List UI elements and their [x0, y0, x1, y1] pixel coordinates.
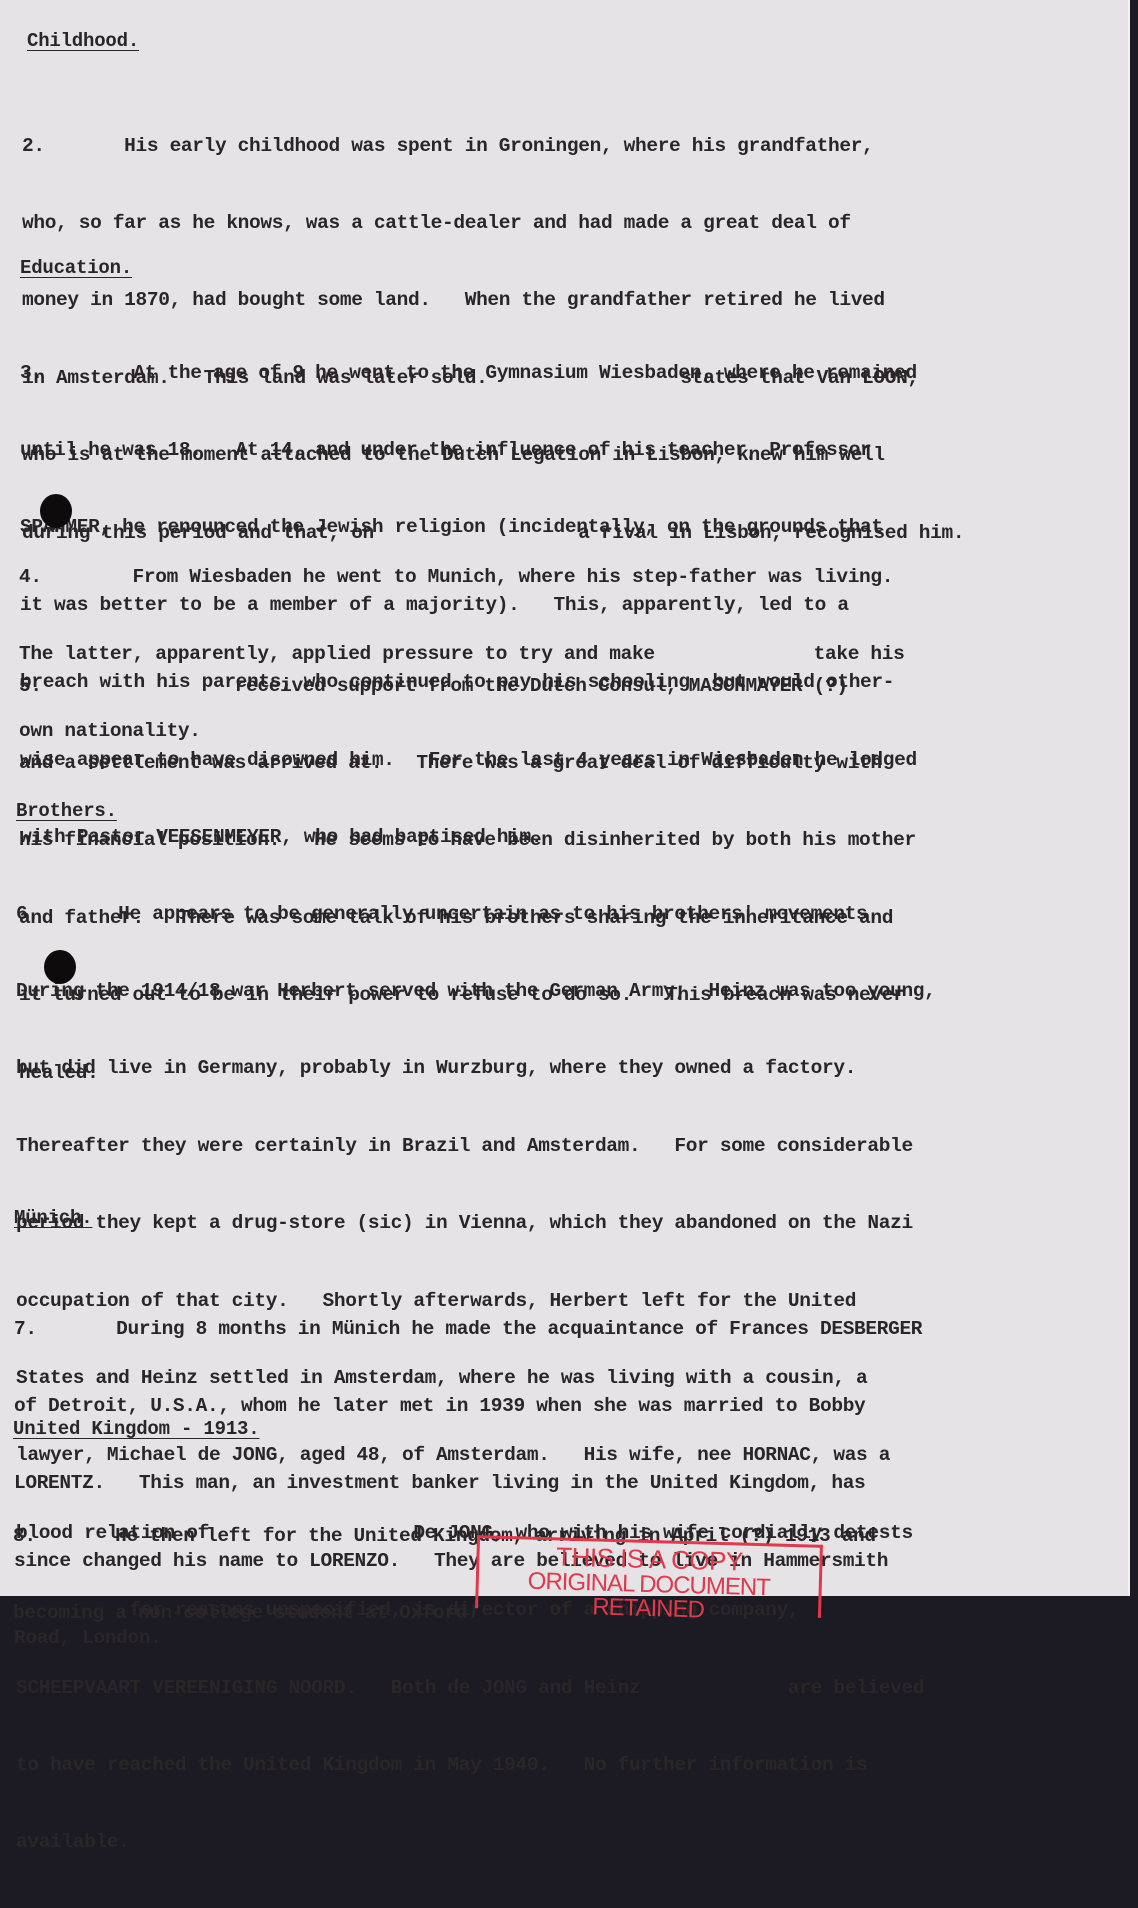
text-line: until he was 18. At 14, and under the in…: [20, 438, 917, 464]
text-line: 6. He appears to be generally uncertain …: [16, 902, 936, 928]
text-line: 2. His early childhood was spent in Gron…: [22, 134, 964, 160]
section-heading-education: Education.: [20, 257, 132, 279]
text-line: period they kept a drug-store (sic) in V…: [16, 1211, 936, 1237]
text-line: 4. From Wiesbaden he went to Munich, whe…: [19, 565, 904, 591]
text-line: Thereafter they were certainly in Brazil…: [16, 1134, 936, 1160]
text-line: 7. During 8 months in Münich he made the…: [14, 1317, 922, 1343]
section-heading-brothers: Brothers.: [16, 800, 117, 822]
text-line: and a settlement was arrived at. There w…: [19, 751, 916, 777]
copy-stamp: THIS IS A COPY ORIGINAL DOCUMENT RETAINE…: [475, 1535, 823, 1596]
text-line: 3. At the age of 9 he went to the Gymnas…: [20, 361, 917, 387]
text-line: During the 1914/18 war Herbert served wi…: [16, 979, 936, 1005]
section-heading-childhood: Childhood.: [27, 30, 139, 52]
text-line: of Detroit, U.S.A., whom he later met in…: [14, 1394, 922, 1420]
text-line: 5. received support from the Dutch Consu…: [19, 674, 916, 700]
section-heading-united-kingdom: United Kingdom - 1913.: [13, 1418, 259, 1440]
document-page: Childhood. 2. His early childhood was sp…: [0, 0, 1130, 1596]
punch-hole-icon: [44, 950, 76, 984]
text-line: who, so far as he knows, was a cattle-de…: [22, 211, 964, 237]
text-line: but did live in Germany, probably in Wur…: [16, 1056, 936, 1082]
section-heading-munich: Münich.: [14, 1207, 92, 1229]
